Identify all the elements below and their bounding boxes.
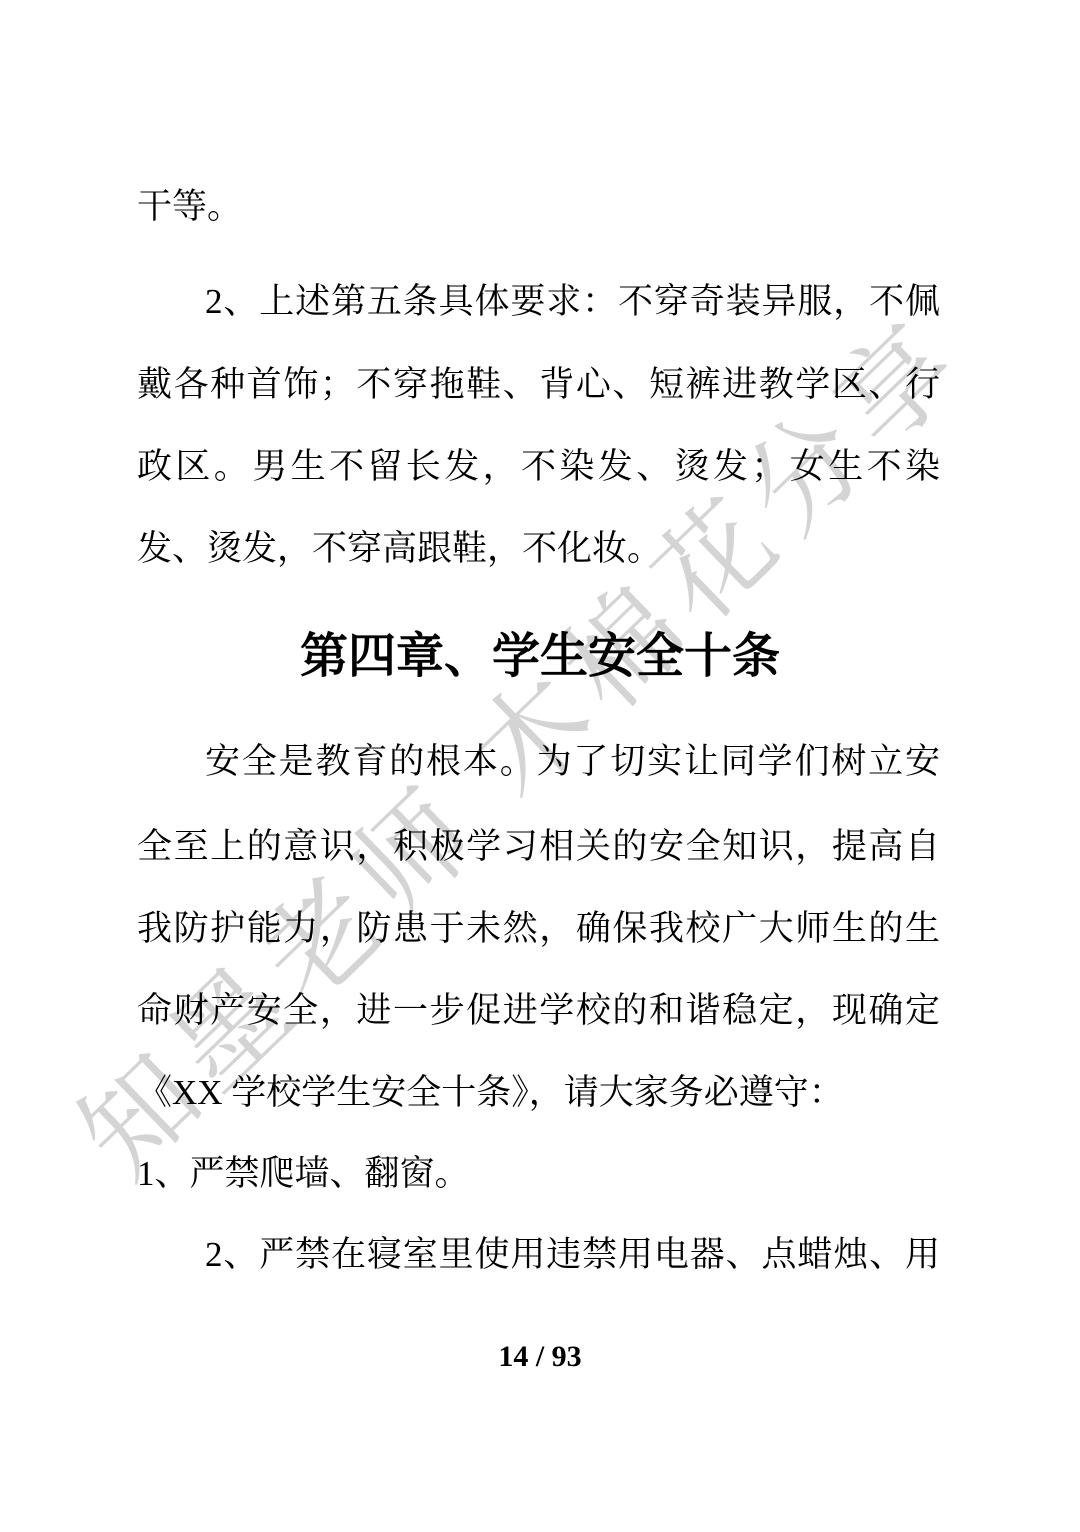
paragraph-line: 政区。男生不留长发，不染发、烫发；女生不染 bbox=[137, 447, 940, 487]
paragraph-line: 戴各种首饰；不穿拖鞋、背心、短裤进教学区、行 bbox=[137, 365, 940, 405]
paragraph-line: 我防护能力，防患于未然，确保我校广大师生的生 bbox=[137, 909, 940, 949]
watermark-text: 知墨老师 木棉花分享 bbox=[38, 274, 996, 1207]
page-number: 14 / 93 bbox=[0, 1340, 1080, 1374]
paragraph-line: 安全是教育的根本。为了切实让同学们树立安 bbox=[137, 742, 940, 782]
paragraph-line: 发、烫发，不穿高跟鞋，不化妆。 bbox=[137, 529, 940, 569]
document-page: 知墨老师 木棉花分享 干等。 2、上述第五条具体要求：不穿奇装异服，不佩 戴各种… bbox=[0, 0, 1080, 1532]
paragraph-line: 《XX 学校学生安全十条》，请大家务必遵守： bbox=[137, 1073, 940, 1113]
paragraph-line: 命财产安全，进一步促进学校的和谐稳定，现确定 bbox=[137, 991, 940, 1031]
chapter-heading: 第四章、学生安全十条 bbox=[0, 630, 1080, 684]
paragraph-line: 2、上述第五条具体要求：不穿奇装异服，不佩 bbox=[137, 282, 940, 322]
list-item-line: 2、严禁在寝室里使用违禁用电器、点蜡烛、用 bbox=[137, 1235, 940, 1275]
list-item-line: 1、严禁爬墙、翻窗。 bbox=[137, 1154, 940, 1194]
paragraph-line: 全至上的意识，积极学习相关的安全知识，提高自 bbox=[137, 827, 940, 867]
paragraph-line: 干等。 bbox=[137, 187, 940, 227]
